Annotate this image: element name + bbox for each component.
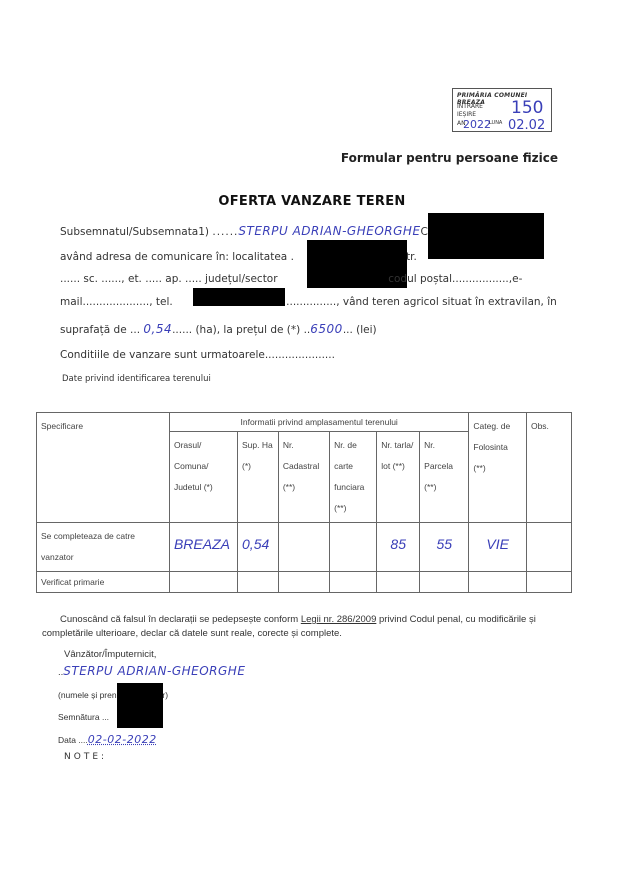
name-label: Subsemnatul/Subsemnata1) (60, 226, 212, 238)
body-line-contact: mail...................., tel. .........… (60, 296, 557, 308)
stamp-exit-label: IEȘIRE (457, 111, 476, 118)
cell-tarla[interactable]: 85 (377, 523, 420, 572)
table-row: Verificat primarie (37, 572, 572, 593)
currency-label: ... (lei) (343, 324, 377, 336)
header-categ: Categ. de Folosinta (**) (469, 413, 527, 523)
area-label: suprafață de ... (60, 324, 143, 336)
header-obs: Obs. (526, 413, 571, 523)
cell-sup[interactable]: 0,54 (238, 523, 279, 572)
table-row: Se completeaza de catre vanzator BREAZA … (37, 523, 572, 572)
cell-categ[interactable] (469, 572, 527, 593)
col-parcela: Nr. Parcela (**) (420, 432, 469, 523)
postal-code-label: codul poștal.................,e- (388, 273, 522, 285)
declaration-text-2: privind Codul penal, cu modificările și (376, 614, 535, 625)
sale-conditions: Conditiile de vanzare sunt urmatoarele..… (60, 349, 335, 361)
cell-parcela[interactable]: 55 (420, 523, 469, 572)
date-field[interactable]: 02-02-2022 (88, 733, 157, 746)
cell-obs[interactable] (526, 523, 571, 572)
date-line: Data ....02-02-2022 (58, 733, 157, 746)
cell-carte[interactable] (330, 572, 377, 593)
stamp-date: 02.02 (508, 118, 545, 133)
col-cadastral: Nr. Cadastral (**) (278, 432, 329, 523)
address-details: ...... sc. ......, et. ..... ap. ..... j… (60, 273, 278, 285)
stamp-entry-label: INTRARE (457, 103, 483, 110)
header-info: Informatii privind amplasamentul terenul… (169, 413, 468, 432)
document-title: OFERTA VANZARE TEREN (0, 194, 624, 209)
registration-stamp: PRIMĂRIA COMUNEI BREAZA INTRARE IEȘIRE A… (452, 88, 552, 132)
price-field[interactable]: 6500 (310, 322, 343, 336)
signature-label: Semnătura ... (58, 712, 109, 722)
col-tarla: Nr. tarla/ lot (**) (377, 432, 420, 523)
cell-sup[interactable] (238, 572, 279, 593)
row-label: Verificat primarie (37, 572, 170, 593)
redacted-phone (193, 288, 285, 306)
cell-oras[interactable] (169, 572, 237, 593)
redacted-cnp (428, 213, 544, 259)
declaration-text-1: Cunoscând că falsul în declarații se ped… (60, 614, 301, 625)
cell-cadastral[interactable] (278, 572, 329, 593)
col-oras: Orasul/ Comuna/ Judetul (*) (169, 432, 237, 523)
row-label: Se completeaza de catre vanzator (37, 523, 170, 572)
seller-name-field[interactable]: STERPU ADRIAN-GHEORGHE (238, 224, 420, 238)
redacted-signature (117, 683, 163, 728)
stamp-number: 150 (511, 98, 543, 118)
body-line-name: Subsemnatul/Subsemnata1) ......STERPU AD… (60, 224, 442, 238)
cell-categ[interactable]: VIE (469, 523, 527, 572)
cell-oras[interactable]: BREAZA (169, 523, 237, 572)
cell-cadastral[interactable] (278, 523, 329, 572)
seller-name-signature-field[interactable]: STERPU ADRIAN-GHEORGHE (63, 664, 245, 678)
price-label: ...... (ha), la prețul de (*) .. (172, 324, 310, 336)
area-field[interactable]: 0,54 (143, 322, 172, 336)
col-sup: Sup. Ha (*) (238, 432, 279, 523)
seller-name-line: ..STERPU ADRIAN-GHEORGHE (58, 664, 245, 678)
cell-obs[interactable] (526, 572, 571, 593)
form-type-label: Formular pentru persoane fizice (341, 151, 558, 165)
seller-role-label: Vânzător/Împuternicit, (64, 649, 156, 660)
stamp-year: 2022 (463, 118, 491, 131)
law-link[interactable]: Legii nr. 286/2009 (301, 614, 377, 625)
col-carte: Nr. de carte funciara (**) (330, 432, 377, 523)
body-line-area-price: suprafață de ... 0,54...... (ha), la pre… (60, 322, 377, 336)
cell-parcela[interactable] (420, 572, 469, 593)
land-description: ...................., vând teren agricol… (269, 296, 556, 308)
date-label: Data .... (58, 735, 88, 745)
table-caption: Date privind identificarea terenului (62, 374, 211, 384)
declaration-paragraph: Cunoscând că falsul în declarații se ped… (44, 613, 624, 641)
declaration-text-3: completările ulterioare, declar că datel… (42, 627, 624, 641)
email-phone-label: mail...................., tel. (60, 296, 173, 308)
cell-carte[interactable] (330, 523, 377, 572)
notes-label: NOTE: (64, 752, 107, 762)
header-specificare: Specificare (37, 413, 170, 523)
land-identification-table: Specificare Informatii privind amplasame… (36, 412, 572, 593)
body-line-address2: ...... sc. ......, et. ..... ap. ..... j… (60, 273, 522, 285)
cell-tarla[interactable] (377, 572, 420, 593)
address-label: având adresa de comunicare în: localitat… (60, 251, 294, 263)
stamp-month-label: LUNA (489, 120, 502, 126)
